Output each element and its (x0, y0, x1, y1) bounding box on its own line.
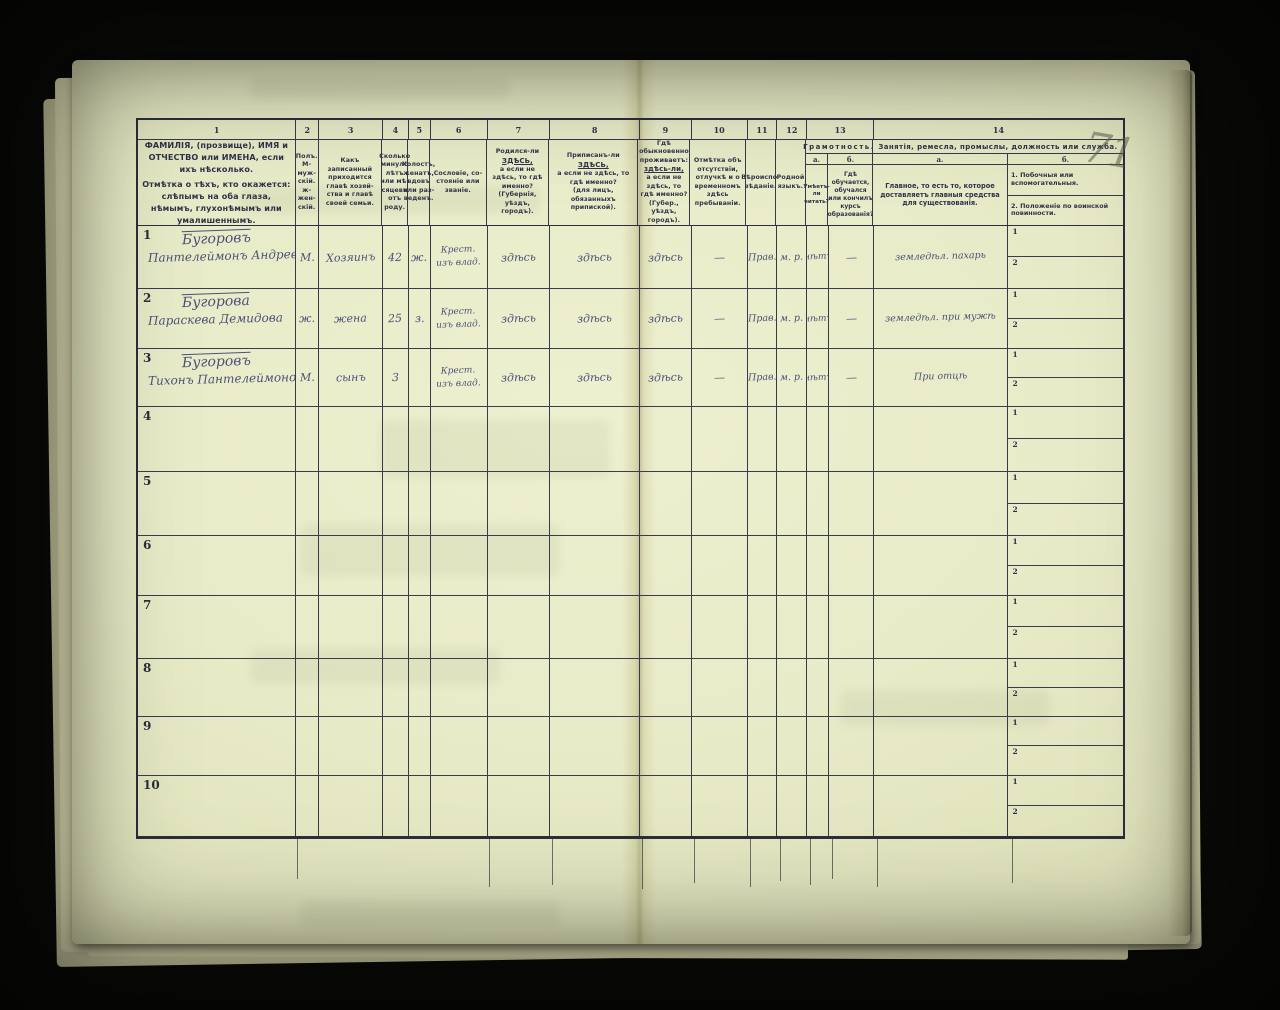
col-number: 5 (409, 120, 431, 139)
cell-occupation-main (874, 659, 1008, 716)
subcell-military-status: 2 (1008, 319, 1123, 349)
handwritten-surname: Бугорова (182, 293, 250, 311)
cell-age (383, 407, 409, 471)
bleed-through (250, 78, 510, 100)
table-row: 3 Бугоровъ Тихонъ Пантелеймоновъ М. сынъ… (138, 349, 1123, 407)
cell-marital (409, 472, 431, 535)
header-text-note: (Губер., уѣздъ, городъ). (639, 200, 688, 226)
header-sex-male: М-муж-скій. (297, 161, 317, 187)
handwritten-given-name (148, 678, 295, 682)
cell-language: м. р. (777, 226, 807, 288)
table-row: 8 1 2 (138, 659, 1123, 717)
cell-religion (748, 659, 778, 716)
cell-occupation-main (874, 776, 1008, 836)
occupation-text-a: Главное, то есть то, которое доставляетъ… (873, 165, 1007, 225)
column-header-literacy-group: Грамотность. а. Умѣетъ-ли читать? б. Гдѣ… (806, 140, 873, 225)
cell-birthplace (488, 717, 551, 775)
table-header-row: ФАМИЛІЯ, (прозвище), ИМЯ и ОТЧЕСТВО или … (138, 140, 1123, 226)
bleed-through (300, 900, 560, 926)
table-row: 9 1 2 (138, 717, 1123, 776)
column-header-absence: Отмѣтка объ отсутствіи, отлучкѣ и о врем… (690, 140, 746, 225)
cell-marital (409, 596, 431, 658)
cell-birthplace: здѣсь (488, 226, 551, 288)
subcell-number: 2 (1012, 807, 1017, 816)
header-name-main: ФАМИЛІЯ, (прозвище), ИМЯ и ОТЧЕСТВО или … (142, 139, 291, 175)
column-header-marital: Холостъ, женатъ, вдовъ или раз­веденъ. (408, 140, 430, 225)
cell-absence (692, 659, 748, 716)
cell-registration: здѣсь (550, 226, 640, 288)
cell-estate: Крест.изъ влад. (431, 289, 488, 348)
col-number: 8 (550, 120, 640, 139)
col-number: 6 (431, 120, 488, 139)
cell-sex (296, 596, 319, 658)
subcell-number: 2 (1012, 379, 1017, 388)
cell-occupation-main: земледѣл. при мужѣ (874, 289, 1008, 348)
cell-name: 1 Бугоровъ Пантелеймонъ Андреевъ (138, 226, 296, 288)
row-number: 9 (143, 719, 151, 733)
cell-language: м. р. (777, 349, 807, 406)
cell-occupation-secondary: 1 2 (1008, 289, 1123, 348)
cell-reads: нѣтъ (807, 226, 829, 288)
cell-religion (748, 596, 778, 658)
column-header-estate: Сословіе, со­стояніе или зва­ніе. (430, 140, 487, 225)
column-header-religion: Вѣроиспо­вѣданіе. (746, 140, 776, 225)
cell-religion (748, 472, 778, 535)
cell-sex: М. (296, 226, 319, 288)
row-number: 5 (143, 474, 151, 488)
subcell-secondary-occupation: 1 (1008, 717, 1123, 746)
cell-religion: Прав. (748, 349, 778, 406)
subcell-secondary-occupation: 1 (1008, 472, 1123, 504)
handwritten-given-name (148, 736, 295, 740)
cell-birthplace (488, 776, 551, 836)
literacy-col-a: а. Умѣетъ-ли читать? (806, 154, 828, 225)
cell-residence (640, 407, 692, 471)
cell-language (777, 776, 807, 836)
cell-relation (319, 596, 383, 658)
scan-background: 1 2 3 4 5 6 7 8 9 10 11 12 13 14 ФАМИЛІЯ… (0, 0, 1280, 1010)
table-row: 10 1 2 (138, 776, 1123, 837)
col-number: 11 (748, 120, 778, 139)
cell-registration (550, 596, 640, 658)
header-text: Гдѣ обыкновенно проживаетъ: (639, 140, 689, 166)
cell-occupation-main: земледѣл. пахарь (874, 226, 1008, 288)
cell-age (383, 536, 409, 595)
column-rule-continuation (832, 837, 833, 879)
subcell-military-status: 2 (1008, 504, 1123, 536)
occupation-label-a: а. (873, 154, 1007, 165)
subcell-number: 1 (1012, 473, 1017, 482)
column-rule-continuation (552, 837, 553, 885)
cell-absence (692, 472, 748, 535)
cell-birthplace (488, 472, 551, 535)
subcell-number: 1 (1012, 350, 1017, 359)
col-number: 7 (488, 120, 551, 139)
subcell-number: 2 (1012, 320, 1017, 329)
cell-residence (640, 596, 692, 658)
subcell-secondary-occupation: 1 (1008, 776, 1123, 806)
column-header-residence: Гдѣ обыкновенно проживаетъ: здѣсь-ли, а … (638, 140, 690, 225)
row-number: 7 (143, 598, 151, 612)
subcell-number: 2 (1012, 505, 1017, 514)
handwritten-surname: Бугоровъ (182, 230, 251, 248)
column-rule-continuation (780, 837, 781, 881)
header-text: Приписанъ-ли (567, 152, 620, 161)
cell-age (383, 659, 409, 716)
subcell-military-status: 2 (1008, 566, 1123, 596)
subcell-military-status: 2 (1008, 627, 1123, 658)
cell-sex (296, 407, 319, 471)
cell-estate (431, 596, 488, 658)
cell-birthplace: здѣсь (488, 349, 551, 406)
cell-reads (807, 536, 829, 595)
table-row: 1 Бугоровъ Пантелеймонъ Андреевъ М. Хозя… (138, 226, 1123, 289)
row-number: 1 (143, 228, 151, 242)
table-row: 7 1 2 (138, 596, 1123, 659)
col-number: 3 (319, 120, 383, 139)
cell-registration (550, 717, 640, 775)
subcell-secondary-occupation: 1 (1008, 536, 1123, 566)
cell-marital (409, 349, 431, 406)
col-number: 13 (807, 120, 874, 139)
cell-age (383, 596, 409, 658)
cell-reads: нѣтъ (807, 289, 829, 348)
header-text-emphasis: ЗДѢСЬ, (578, 161, 609, 170)
cell-religion: Прав. (748, 289, 778, 348)
cell-occupation-main (874, 407, 1008, 471)
subcell-secondary-occupation: 1 (1008, 349, 1123, 378)
cell-residence: здѣсь (640, 349, 692, 406)
handwritten-given-name (148, 491, 295, 495)
cell-registration (550, 659, 640, 716)
cell-religion (748, 407, 778, 471)
row-number: 8 (143, 661, 151, 675)
table-row: 4 1 2 (138, 407, 1123, 472)
col-number: 1 (138, 120, 296, 139)
cell-registration: здѣсь (550, 289, 640, 348)
cell-relation (319, 659, 383, 716)
cell-sex: ж. (296, 289, 319, 348)
column-header-language: Родной языкъ. (776, 140, 806, 225)
cell-occupation-secondary: 1 2 (1008, 596, 1123, 658)
cell-name: 9 (138, 717, 296, 775)
subcell-military-status: 2 (1008, 806, 1123, 836)
handwritten-given-name (148, 555, 295, 559)
subcell-military-status: 2 (1008, 257, 1123, 288)
cell-relation: жена (319, 289, 383, 348)
cell-estate: Крест.изъ влад. (431, 349, 488, 406)
cell-absence: — (692, 349, 748, 406)
cell-name: 7 (138, 596, 296, 658)
header-text-emphasis: ЗДѢСЬ, (502, 157, 533, 166)
cell-reads (807, 717, 829, 775)
cell-occupation-secondary: 1 2 (1008, 349, 1123, 406)
cell-education (829, 407, 874, 471)
subcell-number: 1 (1012, 660, 1017, 669)
column-rule-continuation (489, 837, 490, 887)
cell-occupation-secondary: 1 2 (1008, 472, 1123, 535)
cell-residence (640, 536, 692, 595)
occupation-text-b2: 2. Положеніе по воинской повинности. (1008, 196, 1123, 226)
col-number: 4 (383, 120, 409, 139)
subcell-secondary-occupation: 1 (1008, 407, 1123, 439)
column-header-birthplace: Родился-ли ЗДѢСЬ, а если не здѣсь, то гд… (487, 140, 549, 225)
header-text: а если не здѣсь, то гдѣ именно? (550, 170, 636, 187)
row-number: 2 (143, 291, 151, 305)
cell-sex: М. (296, 349, 319, 406)
cell-estate (431, 659, 488, 716)
subcell-number: 2 (1012, 440, 1017, 449)
cell-education (829, 472, 874, 535)
cell-reads (807, 659, 829, 716)
cell-estate (431, 536, 488, 595)
handwritten-given-name: Пантелеймонъ Андреевъ (148, 247, 296, 265)
cell-absence (692, 536, 748, 595)
cell-absence (692, 407, 748, 471)
cell-occupation-main (874, 717, 1008, 775)
column-header-sex: Полъ. М-муж-скій. ж-жен-скій. (296, 140, 319, 225)
cell-absence: — (692, 289, 748, 348)
cell-age: 42 (383, 226, 409, 288)
cell-education (829, 596, 874, 658)
cell-sex (296, 536, 319, 595)
subcell-number: 1 (1012, 290, 1017, 299)
handwritten-given-name (148, 615, 295, 619)
cell-absence (692, 717, 748, 775)
cell-religion (748, 717, 778, 775)
column-rule-continuation (810, 837, 811, 885)
cell-education: — (829, 226, 874, 288)
cell-religion (748, 776, 778, 836)
subcell-secondary-occupation: 1 (1008, 226, 1123, 257)
col-number: 12 (777, 120, 807, 139)
header-text-note: (для лицъ, обязанныхъ припиской). (550, 187, 636, 213)
cell-language (777, 472, 807, 535)
cell-absence: — (692, 226, 748, 288)
cell-relation (319, 472, 383, 535)
cell-estate (431, 717, 488, 775)
subcell-number: 1 (1012, 537, 1017, 546)
subcell-number: 2 (1012, 628, 1017, 637)
cell-absence (692, 776, 748, 836)
cell-occupation-main: При отцѣ (874, 349, 1008, 406)
literacy-col-b: б. Гдѣ обучается, обучался или кончилъ к… (828, 154, 873, 225)
cell-occupation-secondary: 1 2 (1008, 776, 1123, 836)
cell-marital (409, 407, 431, 471)
table-body: 1 Бугоровъ Пантелеймонъ Андреевъ М. Хозя… (138, 226, 1123, 837)
cell-sex (296, 717, 319, 775)
cell-education (829, 776, 874, 836)
cell-residence (640, 659, 692, 716)
cell-reads (807, 407, 829, 471)
cell-birthplace (488, 596, 551, 658)
subcell-military-status: 2 (1008, 439, 1123, 471)
cell-estate (431, 776, 488, 836)
cell-marital (409, 717, 431, 775)
literacy-label-b: б. (828, 154, 873, 165)
cell-registration: здѣсь (550, 349, 640, 406)
cell-marital (409, 536, 431, 595)
table-row: 2 Бугорова Параскева Демидова ж. жена 25… (138, 289, 1123, 349)
column-rule-continuation (877, 837, 878, 887)
cell-sex (296, 776, 319, 836)
literacy-text-a: Умѣетъ-ли читать? (806, 165, 827, 225)
header-text-note: (Губернія, уѣздъ, городъ). (488, 191, 547, 217)
column-header-relation: Какъ записанный при­ходится главѣ хозяй­… (319, 140, 382, 225)
cell-age (383, 472, 409, 535)
cell-language: м. р. (777, 289, 807, 348)
cell-education (829, 536, 874, 595)
header-text-emphasis: здѣсь-ли, (644, 165, 684, 174)
subcell-secondary-occupation: 1 (1008, 659, 1123, 688)
column-rule-continuation (297, 837, 298, 879)
subcell-secondary-occupation: 1 (1008, 596, 1123, 627)
subcell-military-status: 2 (1008, 746, 1123, 775)
subcell-number: 1 (1012, 597, 1017, 606)
cell-occupation-secondary: 1 2 (1008, 226, 1123, 288)
cell-language (777, 717, 807, 775)
cell-name: 2 Бугорова Параскева Демидова (138, 289, 296, 348)
cell-relation: Хозяинъ (319, 226, 383, 288)
subcell-number: 1 (1012, 718, 1017, 727)
header-sex-title: Полъ. (296, 153, 318, 162)
subcell-number: 2 (1012, 747, 1017, 756)
cell-birthplace: здѣсь (488, 289, 551, 348)
row-number: 4 (143, 409, 151, 423)
handwritten-given-name (148, 795, 295, 799)
cell-registration (550, 472, 640, 535)
handwritten-given-name: Параскева Демидова (148, 310, 296, 328)
cell-occupation-secondary: 1 2 (1008, 536, 1123, 595)
literacy-text-b: Гдѣ обучается, обучался или кончилъ курс… (828, 165, 873, 225)
column-rule-continuation (694, 837, 695, 883)
handwritten-surname: Бугоровъ (182, 353, 251, 371)
cell-age (383, 717, 409, 775)
cell-marital: з. (409, 289, 431, 348)
cell-religion (748, 536, 778, 595)
handwritten-given-name: Тихонъ Пантелеймоновъ (148, 370, 296, 388)
cell-residence (640, 776, 692, 836)
cell-name: 6 (138, 536, 296, 595)
cell-estate: Крест.изъ влад. (431, 226, 488, 288)
header-text: Родился-ли (496, 148, 539, 157)
subcell-number: 2 (1012, 689, 1017, 698)
cell-estate (431, 472, 488, 535)
cell-estate (431, 407, 488, 471)
cell-registration (550, 536, 640, 595)
cell-birthplace (488, 536, 551, 595)
occupation-col-a: а. Главное, то есть то, которое доставля… (873, 154, 1008, 225)
cell-language (777, 659, 807, 716)
cell-name: 5 (138, 472, 296, 535)
cell-age (383, 776, 409, 836)
header-text: а если не здѣсь, то гдѣ именно? (488, 166, 547, 192)
cell-name: 8 (138, 659, 296, 716)
subcell-number: 1 (1012, 227, 1017, 236)
cell-reads: нѣтъ (807, 349, 829, 406)
col-number: 9 (640, 120, 692, 139)
cell-language (777, 536, 807, 595)
cell-reads (807, 472, 829, 535)
cell-name: 4 (138, 407, 296, 471)
subcell-military-status: 2 (1008, 688, 1123, 717)
cell-reads (807, 596, 829, 658)
column-rule-continuation (642, 837, 643, 889)
cell-birthplace (488, 659, 551, 716)
cell-marital (409, 776, 431, 836)
cell-relation (319, 536, 383, 595)
subcell-military-status: 2 (1008, 378, 1123, 407)
row-number: 10 (143, 778, 160, 792)
table-row: 6 1 2 (138, 536, 1123, 596)
cell-age: 25 (383, 289, 409, 348)
cell-education (829, 717, 874, 775)
cell-relation (319, 776, 383, 836)
cell-language (777, 596, 807, 658)
header-name-note: Отмѣтка о тѣхъ, кто окажется: слѣпымъ на… (142, 178, 291, 227)
cell-occupation-main (874, 472, 1008, 535)
cell-residence (640, 472, 692, 535)
column-rule-continuation (1012, 837, 1013, 883)
column-rule-continuation (750, 837, 751, 887)
cell-occupation-secondary: 1 2 (1008, 659, 1123, 716)
cell-occupation-secondary: 1 2 (1008, 407, 1123, 471)
cell-sex (296, 659, 319, 716)
column-header-registration: Приписанъ-ли ЗДѢСЬ, а если не здѣсь, то … (549, 140, 638, 225)
cell-registration (550, 407, 640, 471)
cell-residence: здѣсь (640, 226, 692, 288)
cell-occupation-secondary: 1 2 (1008, 717, 1123, 775)
cell-religion: Прав. (748, 226, 778, 288)
header-sex-female: ж-жен-скій. (297, 187, 317, 213)
row-number: 6 (143, 538, 151, 552)
cell-absence (692, 596, 748, 658)
cell-birthplace (488, 407, 551, 471)
page-stack-edge (1168, 70, 1192, 936)
cell-residence (640, 717, 692, 775)
folio-number-pencil: 71 (1080, 122, 1137, 179)
cell-occupation-main (874, 536, 1008, 595)
cell-residence: здѣсь (640, 289, 692, 348)
literacy-label-a: а. (806, 154, 827, 165)
cell-registration (550, 776, 640, 836)
header-text: а если не здѣсь, то гдѣ именно? (639, 174, 688, 200)
subcell-number: 1 (1012, 408, 1017, 417)
cell-marital (409, 659, 431, 716)
cell-age: 3 (383, 349, 409, 406)
cell-sex (296, 472, 319, 535)
col-number: 10 (692, 120, 748, 139)
cell-reads (807, 776, 829, 836)
cell-name: 3 Бугоровъ Тихонъ Пантелеймоновъ (138, 349, 296, 406)
column-header-name: ФАМИЛІЯ, (прозвище), ИМЯ и ОТЧЕСТВО или … (138, 140, 296, 225)
col-number: 2 (296, 120, 319, 139)
subcell-number: 2 (1012, 258, 1017, 267)
cell-relation: сынъ (319, 349, 383, 406)
subcell-secondary-occupation: 1 (1008, 289, 1123, 319)
subcell-number: 1 (1012, 777, 1017, 786)
census-table: 1 2 3 4 5 6 7 8 9 10 11 12 13 14 ФАМИЛІЯ… (136, 118, 1125, 839)
cell-relation (319, 717, 383, 775)
handwritten-given-name (148, 426, 295, 430)
subcell-number: 2 (1012, 567, 1017, 576)
cell-education (829, 659, 874, 716)
cell-relation (319, 407, 383, 471)
cell-marital: ж. (409, 226, 431, 288)
row-number: 3 (143, 351, 151, 365)
cell-education: — (829, 349, 874, 406)
cell-name: 10 (138, 776, 296, 836)
